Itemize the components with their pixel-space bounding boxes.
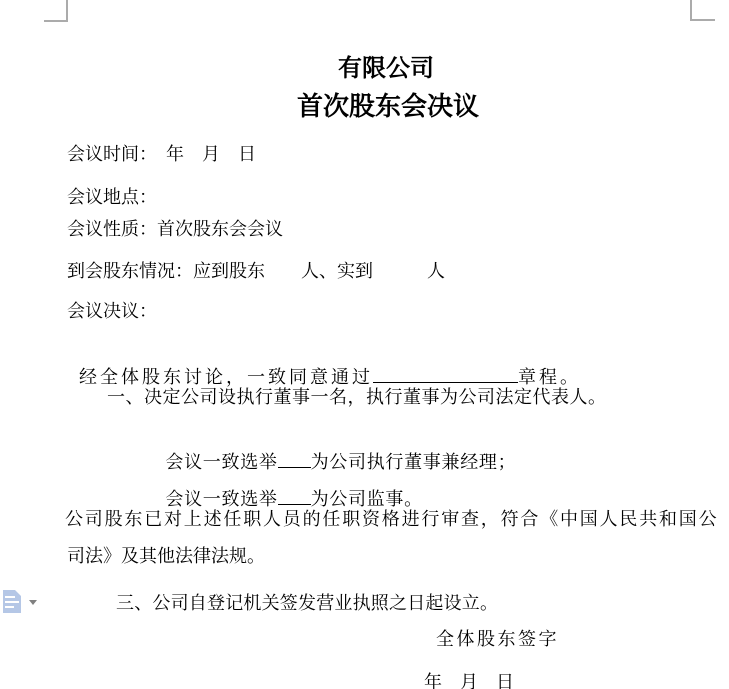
- paste-options-button[interactable]: [2, 589, 38, 616]
- meeting-time-line: 会议时间： 年 月 日: [67, 144, 256, 165]
- icon-stripe: [5, 601, 19, 603]
- charter-passed-line: 经全体股东讨论，一致同意通过章程。: [64, 342, 581, 388]
- crop-mark-top-left-vertical: [66, 0, 68, 22]
- charter-passed-pre: 经全体股东讨论，一致同意通过: [79, 367, 373, 387]
- title-company: 有限公司: [338, 56, 434, 82]
- icon-stripe: [5, 606, 14, 608]
- meeting-nature-line: 会议性质：首次股东会会议: [67, 219, 283, 240]
- review-line-1: 公司股东已对上述任职人员的任职资格进行审查，符合《中国人民共和国公: [65, 509, 718, 530]
- fill-in-blank-charter: [373, 363, 518, 383]
- charter-passed-post: 章程。: [518, 367, 581, 387]
- review-line-2: 司法》及其他法律法规。: [67, 546, 265, 567]
- elect-supervisor-post: 为公司监事。: [311, 489, 423, 509]
- icon-stripe: [5, 596, 15, 598]
- title-main: 首次股东会决议: [297, 93, 479, 121]
- signature-date-line: 年 月 日: [424, 672, 514, 689]
- crop-mark-top-left-horizontal: [44, 20, 68, 22]
- elect-supervisor-pre: 会议一致选举: [165, 489, 277, 509]
- resolution-label-line: 会议决议：: [67, 301, 157, 322]
- page-fold-icon: [15, 590, 21, 596]
- attendance-line: 到会股东情况：应到股东 人、实到 人: [67, 261, 445, 282]
- paste-options-icon: [3, 590, 21, 613]
- crop-mark-top-right-vertical: [690, 0, 692, 21]
- item1-line: 一、决定公司设执行董事一名，执行董事为公司法定代表人。: [107, 387, 607, 408]
- elect-supervisor-line: 会议一致选举为公司监事。: [155, 464, 423, 510]
- meeting-place-line: 会议地点：: [67, 187, 157, 208]
- item3-line: 三、公司自登记机关签发营业执照之日起设立。: [116, 593, 498, 614]
- fill-in-blank-supervisor: [278, 485, 311, 505]
- signature-label-line: 全体股东签字: [436, 629, 559, 650]
- crop-mark-top-right-horizontal: [690, 19, 715, 21]
- dropdown-arrow-icon: [29, 600, 37, 605]
- document-page: { "page": { "background": "#ffffff", "te…: [0, 0, 729, 689]
